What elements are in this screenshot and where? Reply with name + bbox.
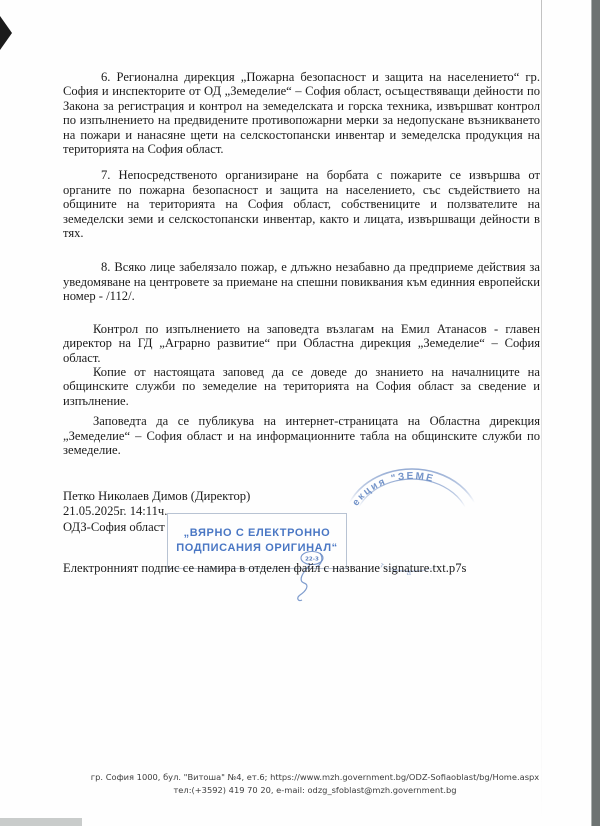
scan-corner-artifact [0, 16, 12, 50]
signer-name: Петко Николаев Димов (Директор) [63, 489, 250, 504]
stamp-arc-text: екция "ЗЕМЕ [350, 471, 435, 508]
footer-address-line: гр. София 1000, бул. "Витоша" №4, ет.6; … [30, 771, 600, 784]
letterhead-footer: гр. София 1000, бул. "Витоша" №4, ет.6; … [30, 771, 600, 796]
paragraph-control: Контрол по изпълнението на заповедта въз… [63, 322, 540, 365]
order-text-body: 6. Регионална дирекция „Пожарна безопасн… [63, 70, 540, 457]
paragraph-7: 7. Непосредственото организиране на борб… [63, 168, 540, 240]
certification-stamp-line1: „ВЯРНО С ЕЛЕКТРОННО [184, 526, 331, 541]
footer-contact-line: тел:(+3592) 419 70 20, e-mail: odzg_sfob… [30, 784, 600, 797]
scan-edge-band [591, 0, 600, 826]
scan-bottom-artifact [0, 818, 82, 826]
paragraph-8: 8. Всяко лице забелязало пожар, е длъжно… [63, 260, 540, 303]
stamp-badge-and-scribble: 22-3 [290, 545, 345, 607]
paragraph-copy: Копие от настоящата заповед да се доведе… [63, 365, 540, 408]
document-page: 6. Регионална дирекция „Пожарна безопасн… [0, 0, 600, 826]
round-official-stamp: екция "ЗЕМЕ т н а [335, 450, 485, 575]
esign-note: Електронният подпис се намира в отделен … [63, 561, 483, 576]
scan-fold-line [541, 0, 542, 826]
paragraph-6: 6. Регионална дирекция „Пожарна безопасн… [63, 70, 540, 156]
